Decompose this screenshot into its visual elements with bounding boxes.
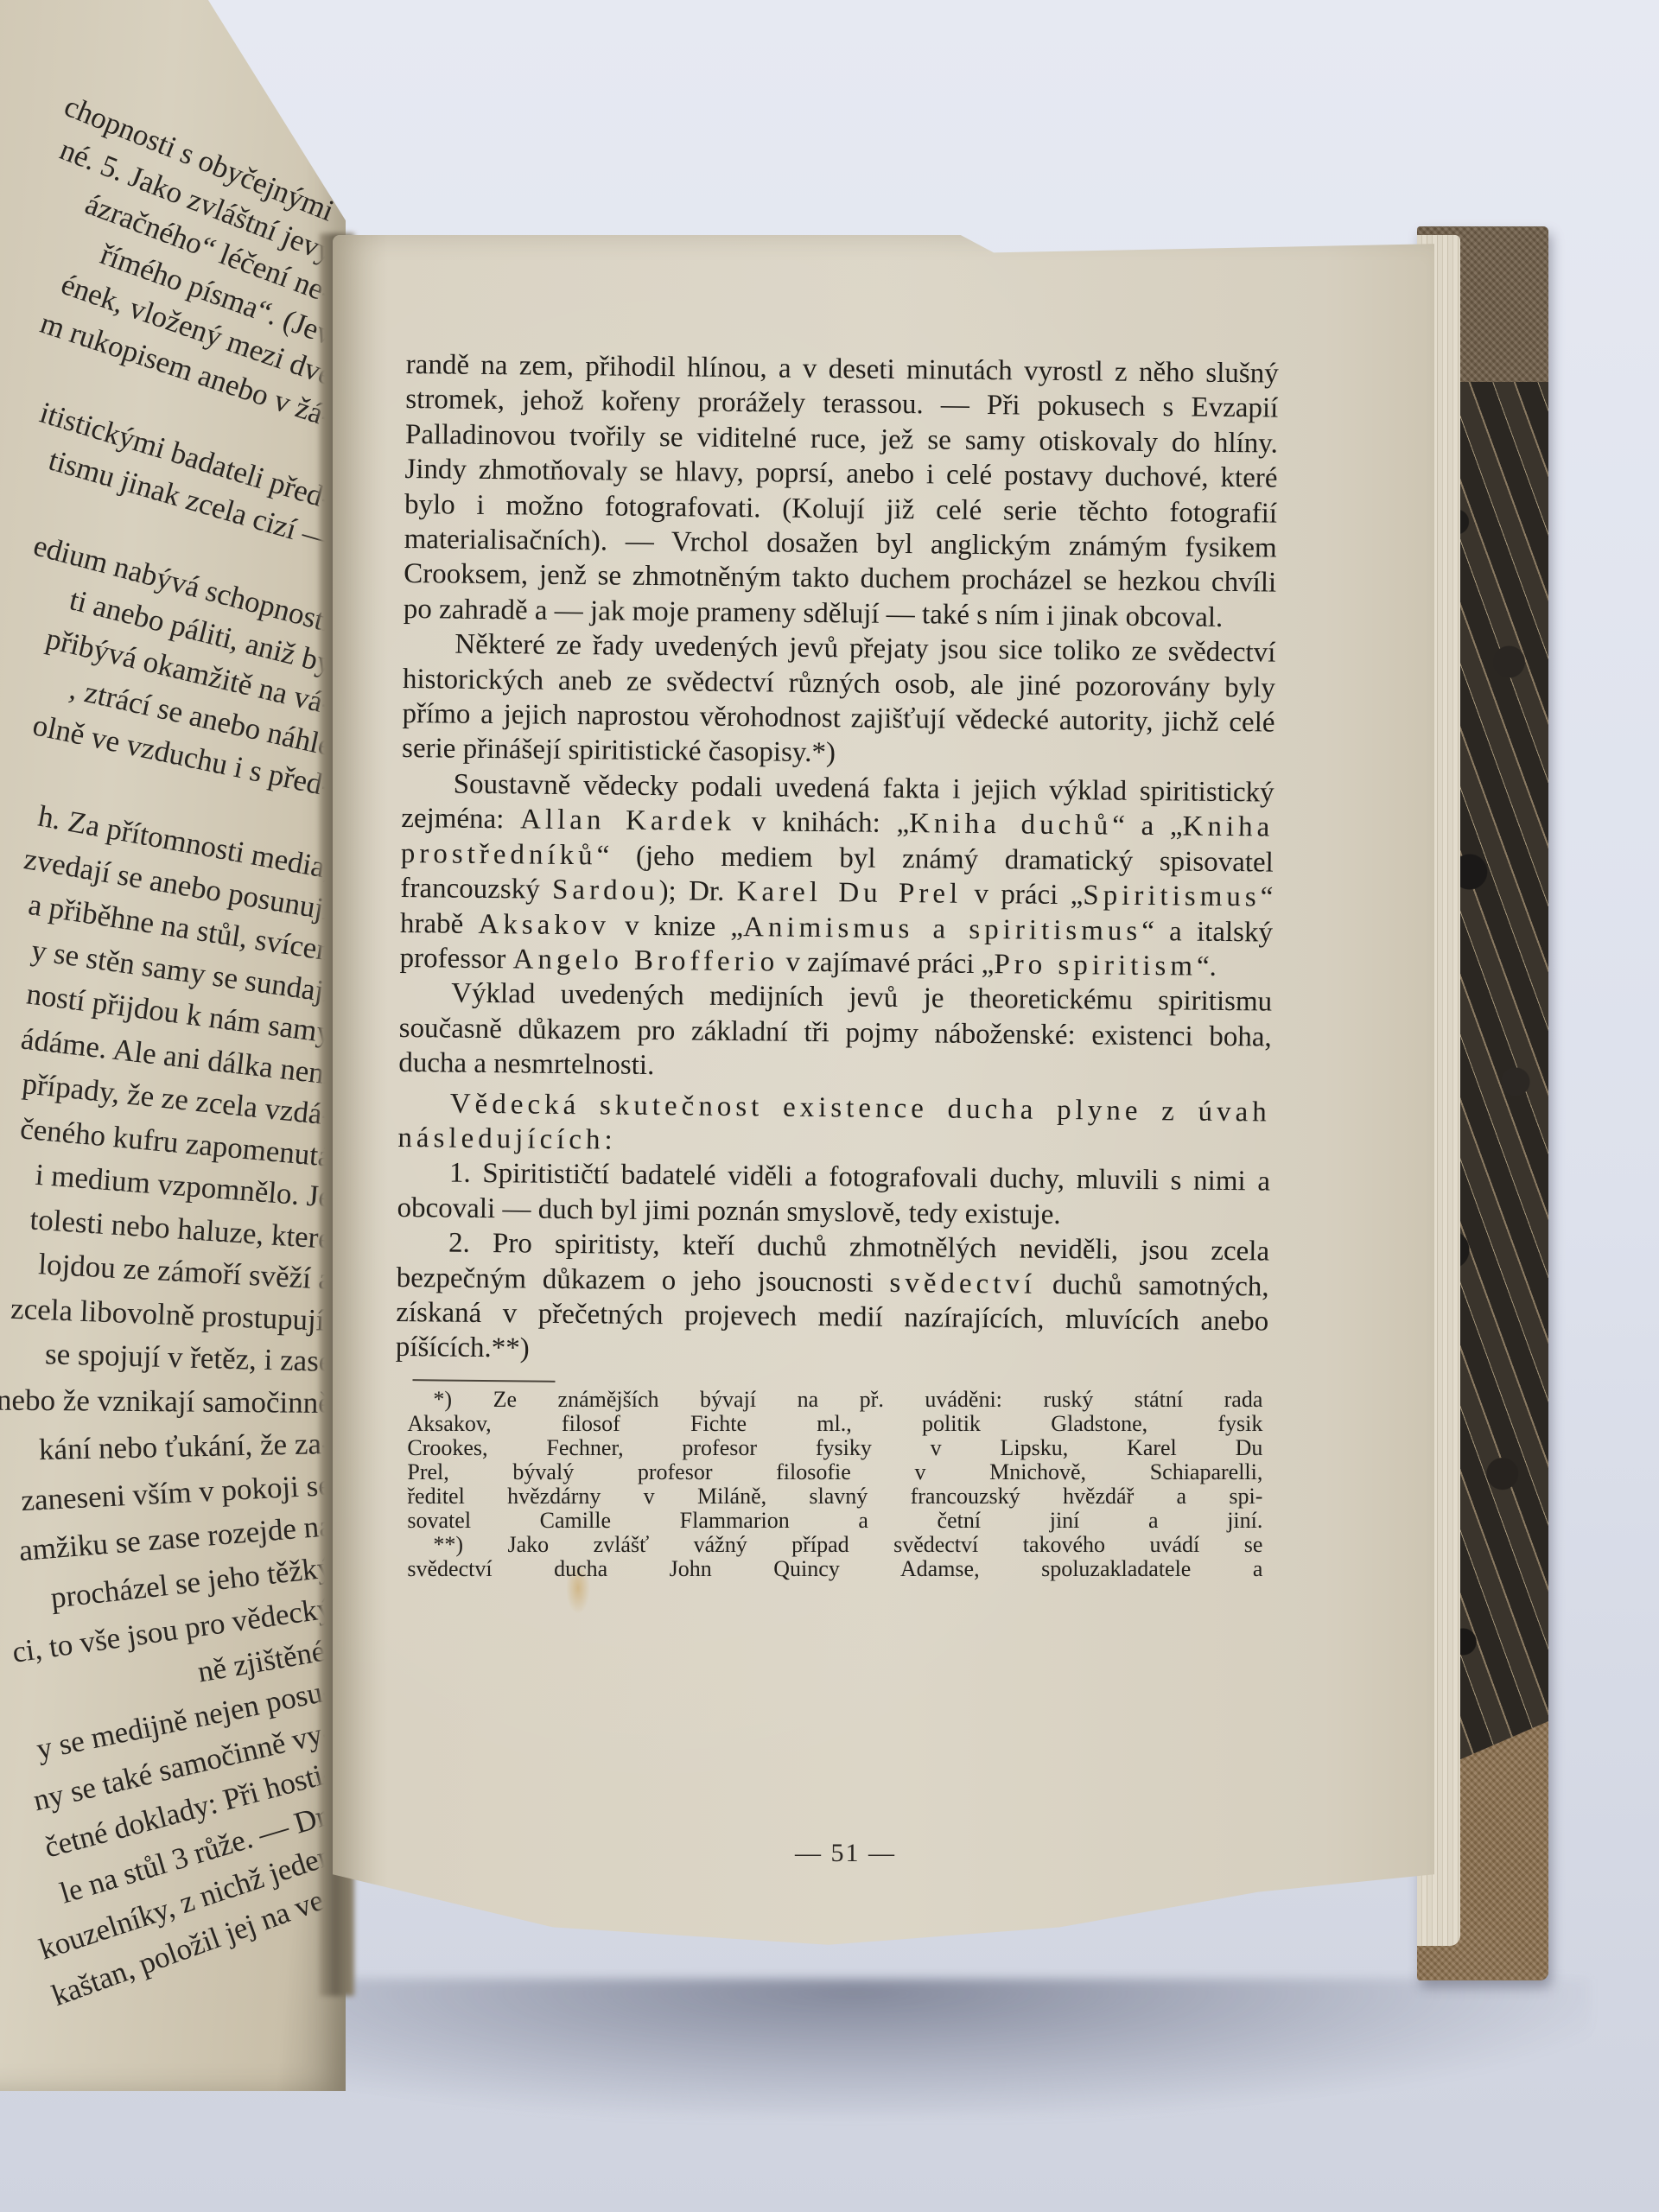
- title-kniha-duchu: Kniha duchů: [909, 808, 1112, 841]
- page-number: — 51 —: [795, 1839, 896, 1868]
- left-page-line: se spojují v řetěz, i zase: [44, 1332, 333, 1384]
- right-page-body: randě na zem, přihodil hlínou, a v deset…: [393, 347, 1279, 1590]
- footnote-1-line: sovatel Camille Flammarion a četní jiní …: [407, 1509, 1262, 1533]
- paragraph-vyklad: Výklad uvedených medijních jevů je theor…: [398, 976, 1272, 1090]
- title-animismus: Animismus a spiritismus: [743, 912, 1141, 947]
- footnotes: *) Ze známějších bývají na př. uváděni: …: [407, 1388, 1262, 1581]
- footnote-1-line: Crookes, Fechner, profesor fysiky v Lips…: [407, 1436, 1262, 1460]
- name-allan-kardek: Allan Kardek: [520, 804, 736, 838]
- footnote-1-line: *) Ze známějších bývají na př. uváděni: …: [407, 1388, 1262, 1412]
- footnote-1-line: Prel, bývalý profesor filosofie v Mnicho…: [407, 1460, 1262, 1484]
- text-run: v knize „: [610, 910, 744, 943]
- footnote-1-line: ředitel hvězdárny v Miláně, slavný franc…: [407, 1484, 1262, 1509]
- left-page-line: nebo že vznikají samočinně: [0, 1377, 332, 1425]
- section-heading-vedecka: Vědecká skutečnost existence ducha plyne…: [397, 1085, 1271, 1164]
- list-item-1: 1. Spiritističtí badatelé viděli a fotog…: [397, 1155, 1270, 1234]
- footnote-2-line: svědectví ducha John Quincy Adamse, spol…: [407, 1557, 1262, 1581]
- text-run: “.: [1197, 951, 1217, 982]
- paragraph-kardek: Soustavně vědecky podali uvedená fakta i…: [399, 766, 1274, 985]
- footnote-1-line: Aksakov, filosof Fichte ml., politik Gla…: [407, 1412, 1262, 1436]
- name-aksakov: Aksakov: [478, 908, 610, 941]
- footnote-separator: [412, 1379, 555, 1382]
- text-run: v zajímavé práci „: [779, 946, 995, 980]
- name-du-prel: Karel Du Prel: [736, 876, 962, 910]
- footnote-2-line: **) Jako zvlášť vážný případ svědectví t…: [407, 1533, 1262, 1557]
- name-brofferio: Angelo Brofferio: [512, 944, 779, 977]
- name-sardou: Sardou: [552, 874, 659, 906]
- title-pro-spiritism: Pro spiritism: [994, 949, 1197, 982]
- paragraph-2: Některé ze řady uvedených jevů přejaty j…: [402, 626, 1276, 775]
- text-run: “ a „: [1112, 810, 1183, 842]
- emphasis-svedectvi: svědectví: [889, 1267, 1036, 1300]
- text-run: v knihách: „: [735, 806, 909, 839]
- text-run: v práci „: [962, 879, 1084, 911]
- list-item-2: 2. Pro spiritisty, kteří duchů zhmotnělý…: [396, 1225, 1270, 1374]
- text-run: ); Dr.: [658, 875, 737, 907]
- title-spiritismus: Spiritismus: [1083, 880, 1261, 912]
- paragraph-1: randě na zem, přihodil hlínou, a v deset…: [404, 347, 1279, 636]
